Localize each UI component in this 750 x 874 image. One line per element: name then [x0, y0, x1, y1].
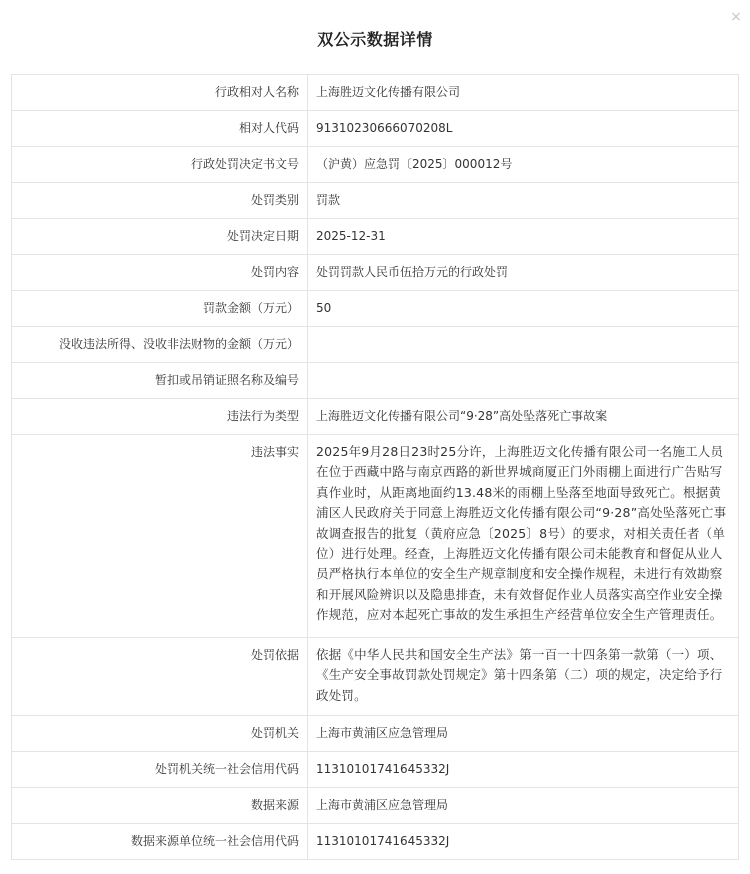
row-value: 罚款: [308, 183, 739, 219]
row-label: 处罚内容: [12, 255, 308, 291]
table-row-penalty-content: 处罚内容 处罚罚款人民币伍拾万元的行政处罚: [12, 255, 739, 291]
row-value: [308, 327, 739, 363]
table-row-violation-type: 违法行为类型 上海胜迈文化传播有限公司“9·28”高处坠落死亡事故案: [12, 399, 739, 435]
table-row-decision-date: 处罚决定日期 2025-12-31: [12, 219, 739, 255]
row-label: 没收违法所得、没收非法财物的金额（万元）: [12, 327, 308, 363]
row-label: 违法事实: [12, 435, 308, 638]
row-value: 上海市黄浦区应急管理局: [308, 716, 739, 752]
row-value: 处罚罚款人民币伍拾万元的行政处罚: [308, 255, 739, 291]
table-row-decision-number: 行政处罚决定书文号 （沪黄）应急罚〔2025〕000012号: [12, 147, 739, 183]
row-label: 数据来源: [12, 788, 308, 824]
row-value: （沪黄）应急罚〔2025〕000012号: [308, 147, 739, 183]
row-value: 50: [308, 291, 739, 327]
row-value: 91310230666070208L: [308, 111, 739, 147]
dialog-title: 双公示数据详情: [0, 29, 750, 51]
table-row-penalty-category: 处罚类别 罚款: [12, 183, 739, 219]
row-value: 11310101741645332J: [308, 824, 739, 860]
row-label: 处罚依据: [12, 638, 308, 716]
table-row-license-suspension: 暂扣或吊销证照名称及编号: [12, 363, 739, 399]
row-value: 依据《中华人民共和国安全生产法》第一百一十四条第一款第（一）项、《生产安全事故罚…: [308, 638, 739, 716]
table-row-party-name: 行政相对人名称 上海胜迈文化传播有限公司: [12, 75, 739, 111]
row-label: 行政处罚决定书文号: [12, 147, 308, 183]
row-label: 相对人代码: [12, 111, 308, 147]
row-label: 违法行为类型: [12, 399, 308, 435]
row-value: 上海胜迈文化传播有限公司: [308, 75, 739, 111]
table-row-confiscation-amount: 没收违法所得、没收非法财物的金额（万元）: [12, 327, 739, 363]
row-label: 处罚机关: [12, 716, 308, 752]
detail-table: 行政相对人名称 上海胜迈文化传播有限公司 相对人代码 9131023066607…: [11, 74, 739, 860]
row-value: 2025年9月28日23时25分许，上海胜迈文化传播有限公司一名施工人员在位于西…: [308, 435, 739, 638]
row-value: 11310101741645332J: [308, 752, 739, 788]
row-label: 数据来源单位统一社会信用代码: [12, 824, 308, 860]
close-icon[interactable]: ×: [728, 9, 744, 25]
row-value: 上海市黄浦区应急管理局: [308, 788, 739, 824]
row-label: 行政相对人名称: [12, 75, 308, 111]
row-label: 处罚决定日期: [12, 219, 308, 255]
table-row-party-code: 相对人代码 91310230666070208L: [12, 111, 739, 147]
row-value: 上海胜迈文化传播有限公司“9·28”高处坠落死亡事故案: [308, 399, 739, 435]
row-label: 处罚类别: [12, 183, 308, 219]
table-row-source-credit-code: 数据来源单位统一社会信用代码 11310101741645332J: [12, 824, 739, 860]
table-row-penalty-basis: 处罚依据 依据《中华人民共和国安全生产法》第一百一十四条第一款第（一）项、《生产…: [12, 638, 739, 716]
table-row-violation-facts: 违法事实 2025年9月28日23时25分许，上海胜迈文化传播有限公司一名施工人…: [12, 435, 739, 638]
table-row-fine-amount: 罚款金额（万元） 50: [12, 291, 739, 327]
table-row-penalty-authority: 处罚机关 上海市黄浦区应急管理局: [12, 716, 739, 752]
row-label: 暂扣或吊销证照名称及编号: [12, 363, 308, 399]
table-row-authority-credit-code: 处罚机关统一社会信用代码 11310101741645332J: [12, 752, 739, 788]
row-label: 罚款金额（万元）: [12, 291, 308, 327]
row-value: 2025-12-31: [308, 219, 739, 255]
row-value: [308, 363, 739, 399]
table-row-data-source: 数据来源 上海市黄浦区应急管理局: [12, 788, 739, 824]
row-label: 处罚机关统一社会信用代码: [12, 752, 308, 788]
